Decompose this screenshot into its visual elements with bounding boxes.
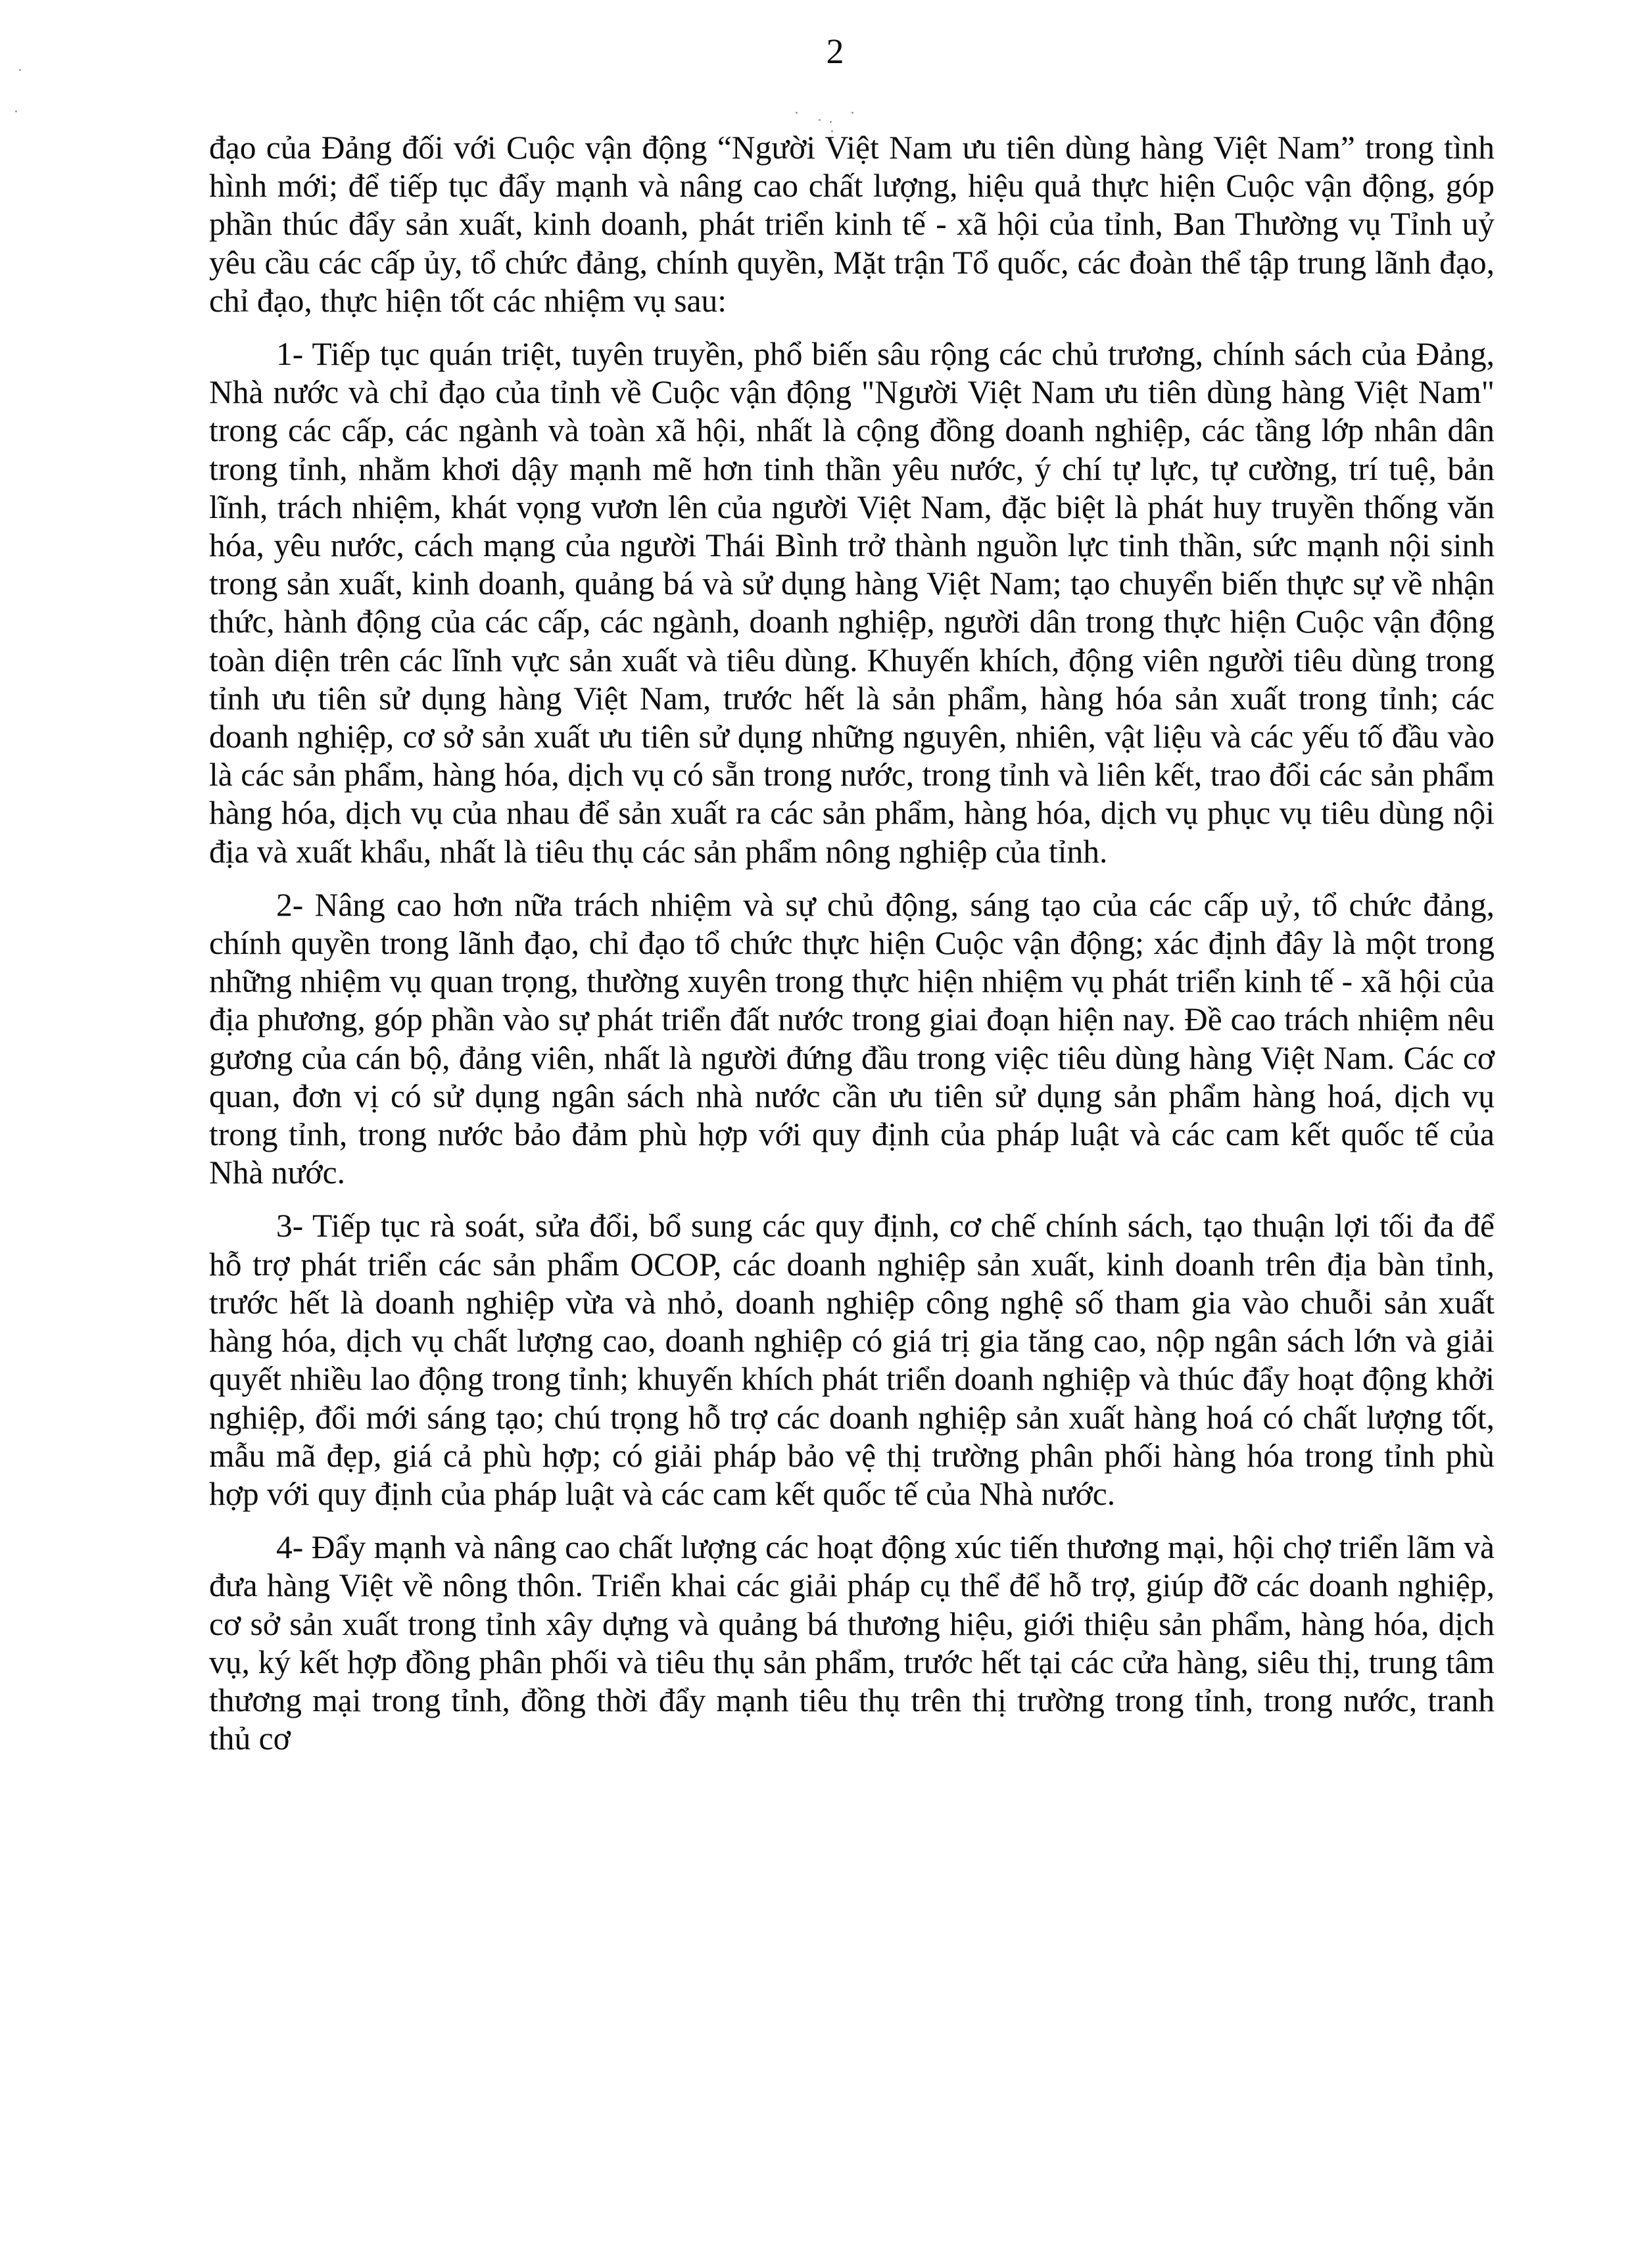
scan-artifact (19, 69, 21, 71)
paragraph-task-1: 1- Tiếp tục quán triệt, tuyên truyền, ph… (209, 335, 1495, 871)
paragraph-task-2: 2- Nâng cao hơn nữa trách nhiệm và sự ch… (209, 886, 1495, 1193)
document-body: đạo của Đảng đối với Cuộc vận động “Ngườ… (209, 129, 1495, 1758)
scan-artifact (796, 112, 798, 114)
paragraph-task-3: 3- Tiếp tục rà soát, sửa đổi, bổ sung cá… (209, 1207, 1495, 1513)
scan-artifact (819, 119, 821, 121)
scan-artifact (851, 112, 853, 114)
scanned-document-page: 2 đạo của Đảng đối với Cuộc vận động “Ng… (0, 0, 1630, 2268)
paragraph-task-4: 4- Đẩy mạnh và nâng cao chất lượng các h… (209, 1528, 1495, 1758)
scan-artifact (830, 121, 832, 123)
paragraph-intro-continuation: đạo của Đảng đối với Cuộc vận động “Ngườ… (209, 129, 1495, 320)
page-number: 2 (0, 32, 1630, 71)
scan-artifact (15, 110, 17, 112)
